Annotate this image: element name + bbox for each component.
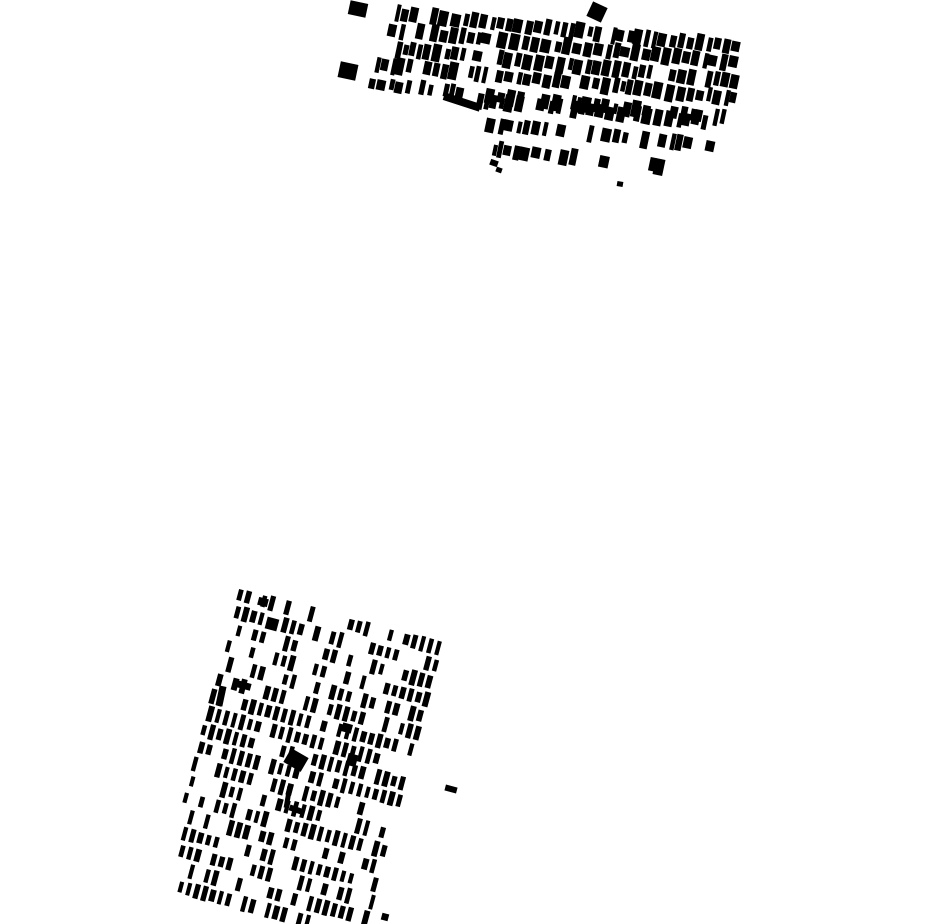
building bbox=[617, 181, 624, 187]
building bbox=[619, 46, 630, 58]
figure-ground-map bbox=[0, 0, 930, 924]
map-background bbox=[0, 0, 930, 924]
